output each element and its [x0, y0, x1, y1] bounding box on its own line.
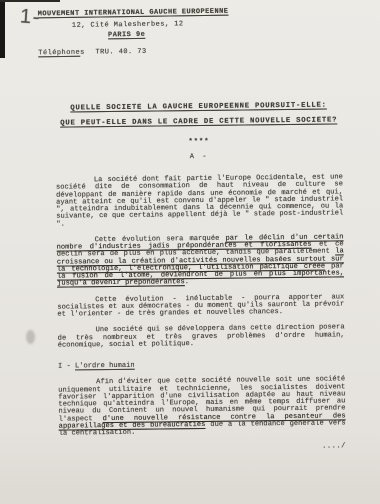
document-title-line1: QUELLE SOCIETE LA GAUCHE EUROPEENNE POUR… [55, 102, 342, 113]
phone-number: TRU. 40. 73 [95, 48, 146, 57]
document-title-line2: QUE PEUT-ELLE DANS LE CADRE DE CETTE NOU… [55, 118, 342, 129]
org-name: MOUVEMENT INTERNATIONAL GAUCHE EUROPEENN… [38, 8, 229, 19]
paragraph: Afin d'éviter que cette société nouvelle… [58, 377, 346, 438]
letterhead: MOUVEMENT INTERNATIONAL GAUCHE EUROPEENN… [38, 8, 229, 58]
body-text: . [185, 278, 189, 286]
document-body: QUELLE SOCIETE LA GAUCHE EUROPEENNE POUR… [55, 102, 346, 454]
paragraph: La société dont fait partie l'Europe Occ… [56, 174, 344, 228]
phone-separator: s [80, 49, 85, 57]
body-text: Une société qui se développera dans cett… [58, 324, 345, 350]
body-paragraphs: La société dont fait partie l'Europe Occ… [56, 174, 346, 437]
separator-stars: **** [55, 137, 342, 148]
section-heading: I - L'ordre humain [58, 360, 345, 371]
section-heading-prefix: I - [58, 362, 75, 370]
body-text: La société dont fait partie l'Europe Occ… [56, 173, 343, 228]
section-heading-text: L'ordre humain [75, 362, 135, 371]
paragraph: Une société qui se développera dans cett… [58, 325, 345, 350]
handwritten-page-mark: 1 - [19, 5, 38, 29]
paragraph: Cette évolution - inéluctable - pourra a… [57, 294, 344, 319]
continuation-mark: ..../ [59, 444, 346, 455]
paragraph: Cette évolution sera marquée par le décl… [57, 234, 345, 288]
scan-edge-top [0, 0, 60, 2]
phone-label: Téléphone [38, 49, 80, 58]
underlined-text: la fusion de l'atome, deviendront de plu… [57, 269, 344, 288]
section-mark: A - [56, 152, 343, 163]
org-address: 12, Cité Malesherbes, 12 [72, 20, 229, 30]
scan-edge-left [0, 0, 5, 58]
scan-smudge [26, 330, 35, 344]
body-text: Cette évolution - inéluctable - pourra a… [57, 293, 344, 319]
org-phone: Téléphones TRU. 40. 73 [38, 47, 229, 58]
scanned-document-page: 1 - MOUVEMENT INTERNATIONAL GAUCHE EUROP… [0, 0, 380, 504]
org-city: PARIS 9e [108, 30, 229, 40]
